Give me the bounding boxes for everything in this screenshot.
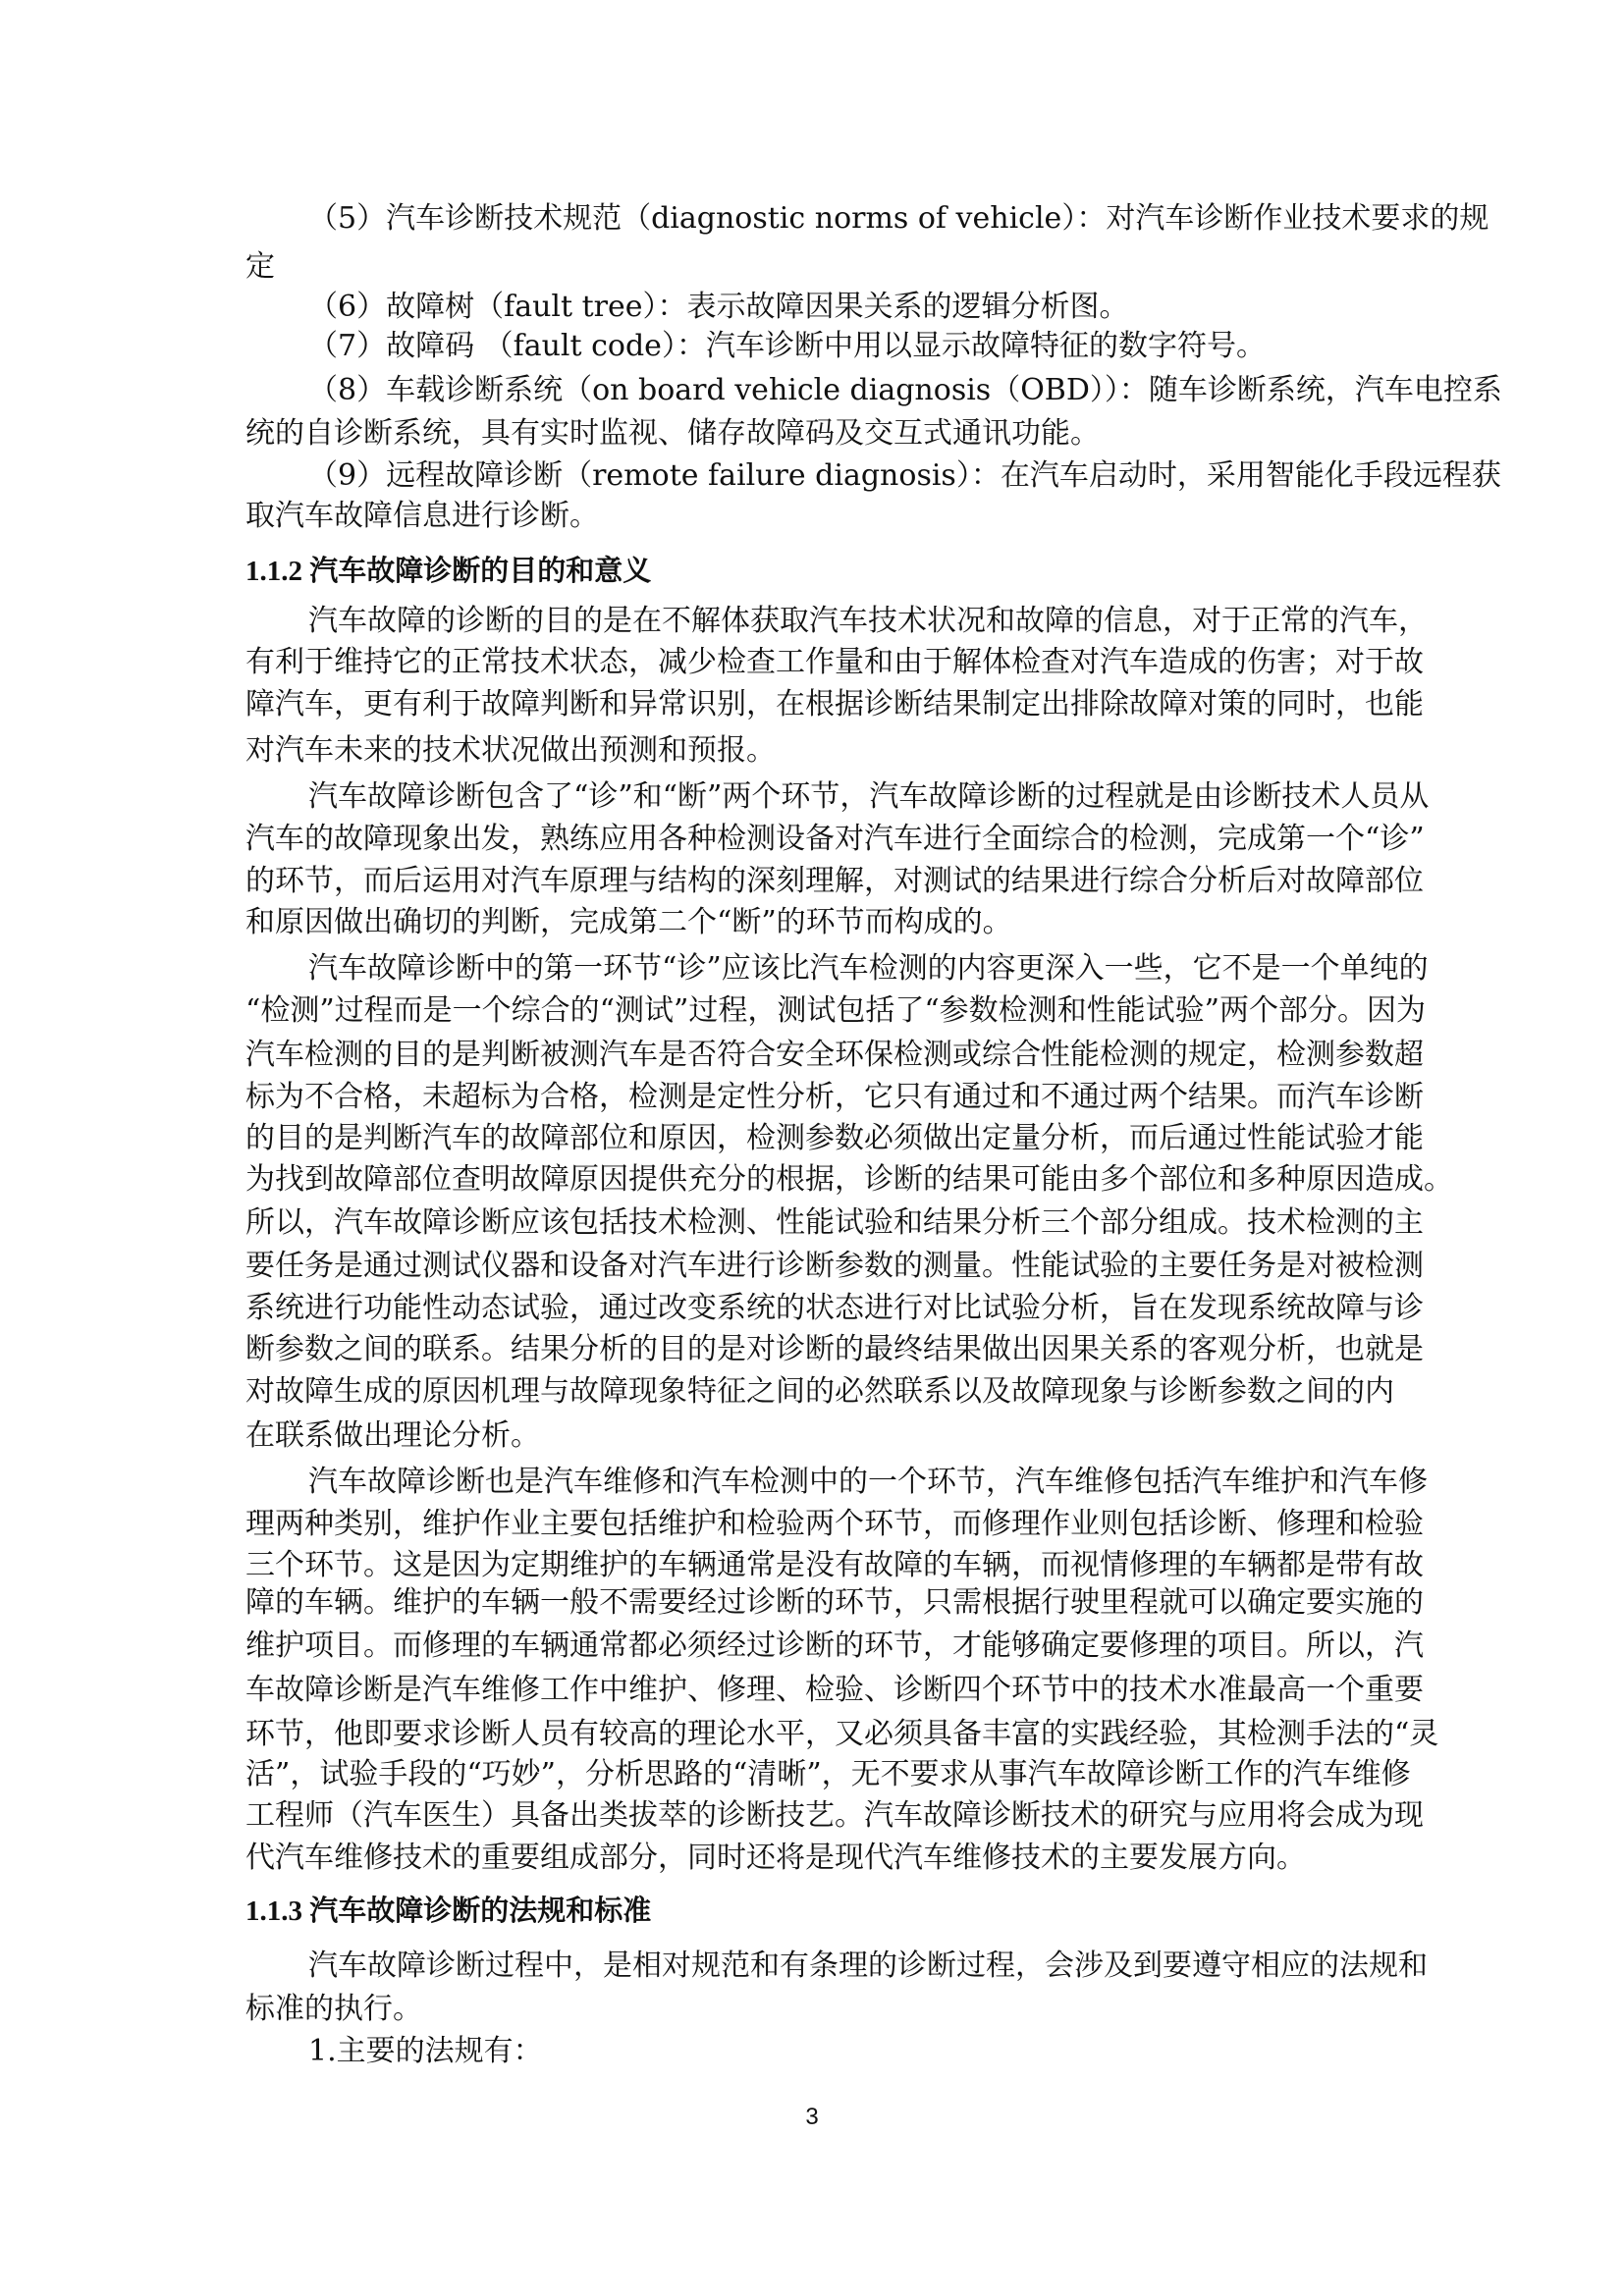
paragraph-line: 汽车检测的目的是判断被测汽车是否符合安全环保检测或综合性能检测的规定，检测参数超	[245, 1034, 1377, 1077]
definition-7: （7）故障码 （fault code）：汽车诊断中用以显示故障特征的数字符号。	[308, 325, 1377, 368]
paragraph-line: 车故障诊断是汽车维修工作中维护、修理、检验、诊断四个环节中的技术水准最高一个重要	[245, 1669, 1377, 1712]
definition-8-line-1: （8）车载诊断系统（on board vehicle diagnosis（OBD…	[308, 369, 1377, 412]
paragraph-line: 工程师（汽车医生）具备出类拔萃的诊断技艺。汽车故障诊断技术的研究与应用将会成为现	[245, 1794, 1377, 1838]
paragraph-line: 标为不合格，未超标为合格，检测是定性分析，它只有通过和不通过两个结果。而汽车诊断	[245, 1076, 1377, 1119]
paragraph-line: 代汽车维修技术的重要组成部分，同时还将是现代汽车维修技术的主要发展方向。	[245, 1837, 1377, 1880]
paragraph-line: 为找到故障部位查明故障原因提供充分的根据，诊断的结果可能由多个部位和多种原因造成…	[245, 1158, 1377, 1201]
paragraph-line: 汽车故障诊断过程中，是相对规范和有条理的诊断过程，会涉及到要遵守相应的法规和	[308, 1945, 1377, 1988]
document-page: （5）汽车诊断技术规范（diagnostic norms of vehicle）…	[0, 0, 1624, 2296]
definition-9-line-2: 取汽车故障信息进行诊断。	[245, 495, 1377, 538]
paragraph-line: 汽车的故障现象出发，熟练应用各种检测设备对汽车进行全面综合的检测，完成第一个“诊…	[245, 818, 1377, 861]
definition-5-line-1: （5）汽车诊断技术规范（diagnostic norms of vehicle）…	[308, 197, 1377, 240]
paragraph-line: 维护项目。而修理的车辆通常都必须经过诊断的环节，才能够确定要修理的项目。所以，汽	[245, 1625, 1377, 1668]
paragraph-line: “检测”过程而是一个综合的“测试”过程，测试包括了“参数检测和性能试验”两个部分…	[245, 989, 1377, 1033]
paragraph-line: 汽车故障的诊断的目的是在不解体获取汽车技术状况和故障的信息，对于正常的汽车，	[308, 600, 1377, 643]
definition-8-line-2: 统的自诊断系统，具有实时监视、储存故障码及交互式通讯功能。	[245, 412, 1377, 455]
paragraph-line: 要任务是通过测试仪器和设备对汽车进行诊断参数的测量。性能试验的主要任务是对被检测	[245, 1245, 1377, 1288]
paragraph-line: 标准的执行。	[245, 1988, 1377, 2031]
paragraph-line: 对故障生成的原因机理与故障现象特征之间的必然联系以及故障现象与诊断参数之间的内	[245, 1370, 1377, 1414]
paragraph-line: 环节，他即要求诊断人员有较高的理论水平，又必须具备丰富的实践经验，其检测手法的“…	[245, 1713, 1377, 1756]
paragraph-line: 系统进行功能性动态试验，通过改变系统的状态进行对比试验分析，旨在发现系统故障与诊	[245, 1287, 1377, 1330]
paragraph-line: 对汽车未来的技术状况做出预测和预报。	[245, 729, 1377, 773]
definition-6: （6）故障树（fault tree）：表示故障因果关系的逻辑分析图。	[308, 286, 1377, 329]
paragraph-line: 和原因做出确切的判断，完成第二个“断”的环节而构成的。	[245, 901, 1377, 944]
paragraph-line: 的环节，而后运用对汽车原理与结构的深刻理解，对测试的结果进行综合分析后对故障部位	[245, 860, 1377, 903]
paragraph-line: 在联系做出理论分析。	[245, 1415, 1377, 1458]
paragraph-line: 汽车故障诊断中的第一环节“诊”应该比汽车检测的内容更深入一些，它不是一个单纯的	[308, 947, 1377, 990]
section-heading-1-1-2: 1.1.2 汽车故障诊断的目的和意义	[245, 550, 651, 593]
paragraph-line: 断参数之间的联系。结果分析的目的是对诊断的最终结果做出因果关系的客观分析，也就是	[245, 1328, 1377, 1371]
page-number: 3	[800, 2103, 824, 2132]
definition-5-line-2: 定	[245, 245, 1377, 289]
paragraph-line: 的目的是判断汽车的故障部位和原因，检测参数必须做出定量分析，而后通过性能试验才能	[245, 1117, 1377, 1160]
list-intro: 1.主要的法规有：	[308, 2030, 1377, 2073]
paragraph-line: 理两种类别，维护作业主要包括维护和检验两个环节，而修理作业则包括诊断、修理和检验	[245, 1503, 1377, 1546]
paragraph-line: 汽车故障诊断包含了“诊”和“断”两个环节，汽车故障诊断的过程就是由诊断技术人员从	[308, 775, 1377, 819]
paragraph-line: 汽车故障诊断也是汽车维修和汽车检测中的一个环节，汽车维修包括汽车维护和汽车修	[308, 1461, 1377, 1504]
paragraph-line: 活”，试验手段的“巧妙”，分析思路的“清晰”，无不要求从事汽车故障诊断工作的汽车…	[245, 1753, 1377, 1796]
section-heading-1-1-3: 1.1.3 汽车故障诊断的法规和标准	[245, 1890, 651, 1933]
paragraph-line: 有利于维持它的正常技术状态，减少检查工作量和由于解体检查对汽车造成的伤害；对于故	[245, 641, 1377, 684]
paragraph-line: 障的车辆。维护的车辆一般不需要经过诊断的环节，只需根据行驶里程就可以确定要实施的	[245, 1581, 1377, 1625]
definition-9-line-1: （9）远程故障诊断（remote failure diagnosis）：在汽车启…	[308, 454, 1377, 498]
paragraph-line: 障汽车，更有利于故障判断和异常识别，在根据诊断结果制定出排除故障对策的同时，也能	[245, 683, 1377, 726]
paragraph-line: 所以，汽车故障诊断应该包括技术检测、性能试验和结果分析三个部分组成。技术检测的主	[245, 1201, 1377, 1245]
